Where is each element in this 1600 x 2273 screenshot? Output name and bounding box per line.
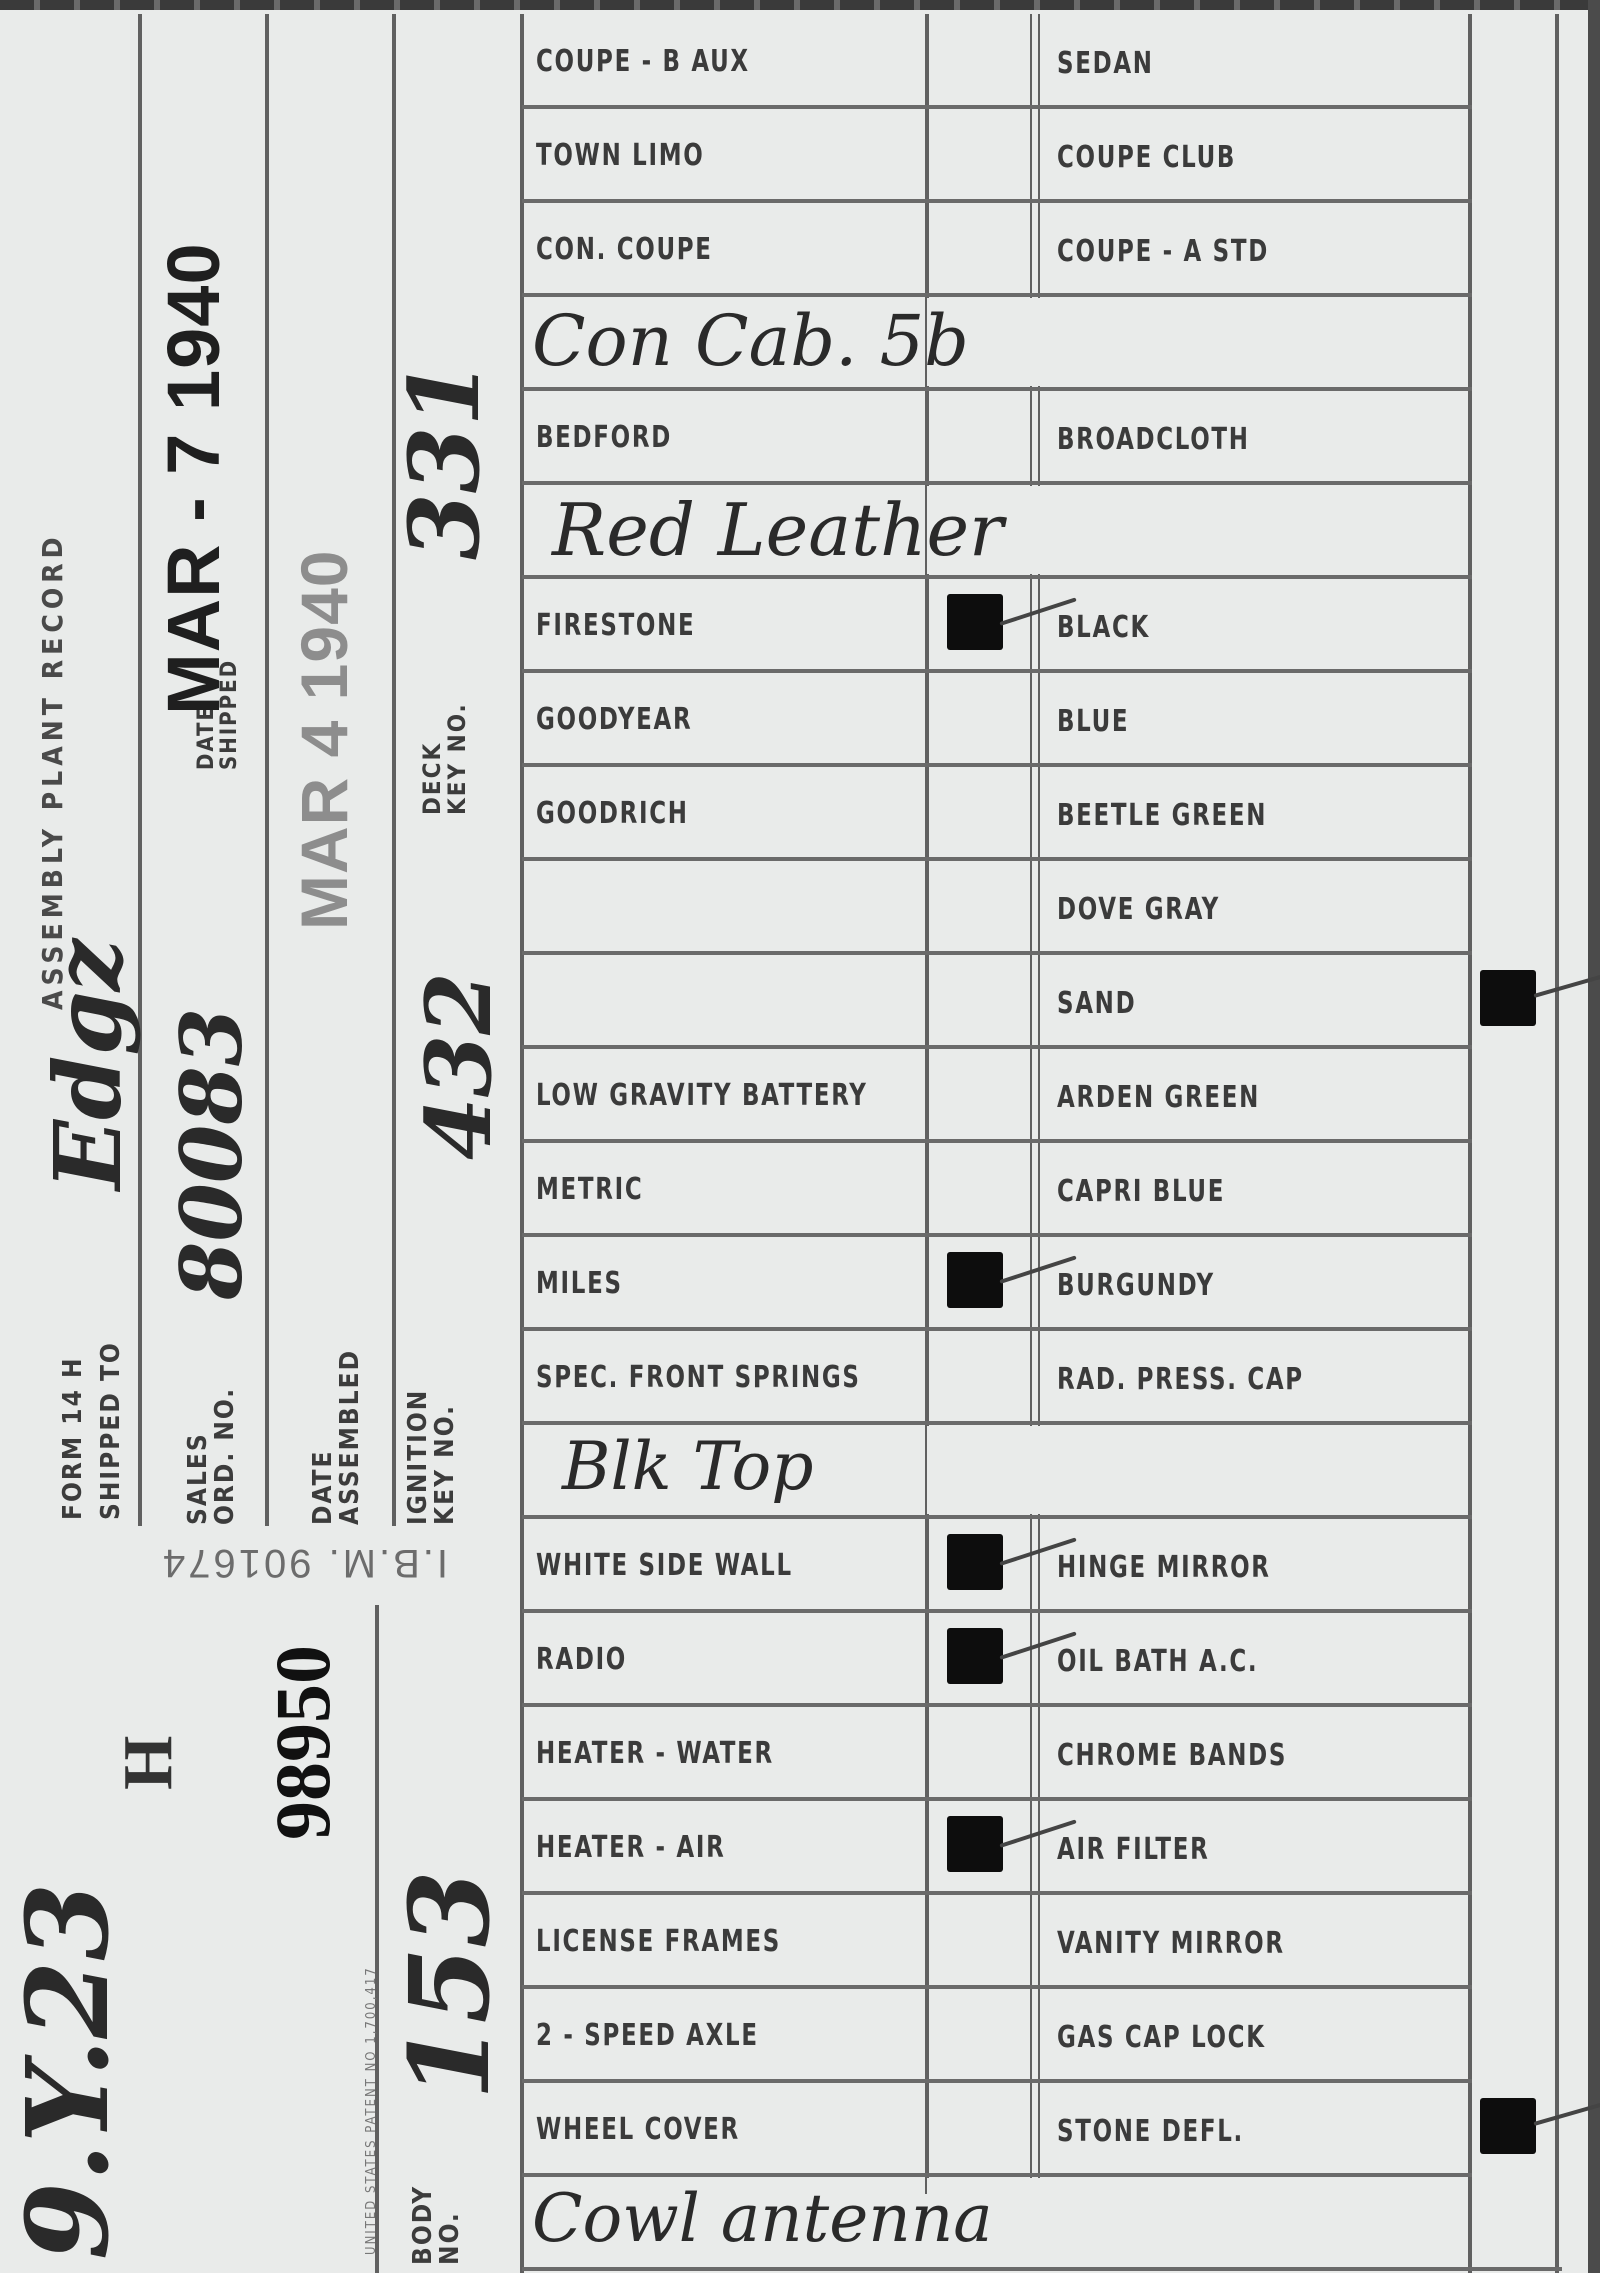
checkbox-left[interactable] [927,1992,1027,2078]
option-label-right: AIR FILTER [1057,1832,1210,1867]
ignition-key-value: 432 [412,972,507,1160]
stub-divider-3 [392,14,396,1526]
checkbox-left[interactable] [927,1052,1027,1138]
checkbox-right[interactable] [1470,1522,1556,1608]
option-label-left: 2 - SPEED AXLE [536,2018,759,2053]
handwritten-entry: Red Leather [552,488,1003,572]
checkbox-right[interactable] [1470,864,1556,950]
table-row: BEDFORDBROADCLOTH [522,390,1562,484]
checkbox-left[interactable] [927,864,1027,950]
table-row: FIRESTONEBLACK [522,578,1562,672]
option-label-right: DOVE GRAY [1057,892,1220,927]
checkbox-right[interactable] [1470,1710,1556,1796]
option-label-right: HINGE MIRROR [1057,1550,1271,1585]
card-top-edge [0,0,1600,10]
table-row: COUPE - B AUXSEDAN [522,14,1562,108]
deck-key-label: DECK KEY NO. [420,685,470,815]
checkbox-right[interactable] [1470,206,1556,292]
checkbox-right[interactable] [1470,1240,1556,1326]
handwritten-code: 9.Y.23 [10,1883,128,2260]
table-row: METRICCAPRI BLUE [522,1142,1562,1236]
checkbox-right[interactable] [1470,1616,1556,1702]
option-label-right: BEETLE GREEN [1057,798,1267,833]
body-no-value: 153 [392,1870,508,2100]
ignition-key-label: IGNITION KEY NO. [405,1345,460,1525]
row-span-mask [927,1426,1467,1514]
option-label-left: GOODRICH [536,796,689,831]
option-label-left: MILES [536,1266,623,1301]
option-label-left: COUPE - B AUX [536,44,750,79]
handwritten-entry: Cowl antenna [532,2180,993,2257]
table-row: LICENSE FRAMESVANITY MIRROR [522,1894,1562,1988]
checkbox-left[interactable] [927,676,1027,762]
option-label-left: TOWN LIMO [536,138,704,173]
date-assembled-label: DATE ASSEMBLED [310,1325,365,1525]
sales-order-value: 80083 [168,1008,256,1300]
option-label-right: BROADCLOTH [1057,422,1250,457]
checkbox-right[interactable] [1470,394,1556,480]
patent-notice: UNITED STATES PATENT NO 1,700,417 [365,1966,379,2255]
option-label-right: VANITY MIRROR [1057,1926,1285,1961]
marked-square-left [947,594,1003,650]
checkbox-right[interactable] [1470,770,1556,856]
checkbox-left[interactable] [927,112,1027,198]
checkbox-left[interactable] [927,1710,1027,1796]
checkbox-left[interactable] [927,1898,1027,1984]
deck-key-value: 331 [395,360,496,560]
checkbox-left[interactable] [927,206,1027,292]
option-label-right: COUPE - A STD [1057,234,1269,269]
checkbox-left[interactable] [927,394,1027,480]
handwritten-row: Red Leather [522,484,1562,578]
checkbox-right[interactable] [1470,1052,1556,1138]
option-label-right: COUPE CLUB [1057,140,1236,175]
table-row: HEATER - AIRAIR FILTER [522,1800,1562,1894]
table-row: GOODRICHBEETLE GREEN [522,766,1562,860]
serial-number: 98950 [262,1645,344,1840]
checkbox-left[interactable] [927,1334,1027,1420]
option-label-left: WHITE SIDE WALL [536,1548,793,1583]
table-row: HEATER - WATERCHROME BANDS [522,1706,1562,1800]
option-label-right: CAPRI BLUE [1057,1174,1225,1209]
checkbox-left[interactable] [927,18,1027,104]
table-row: SAND [522,954,1562,1048]
date-assembled-stamp: MAR 4 1940 [290,549,359,930]
marked-square-left [947,1816,1003,1872]
option-label-left: RADIO [536,1642,627,1677]
checkbox-right[interactable] [1470,1898,1556,1984]
checkbox-right[interactable] [1470,676,1556,762]
table-row: LOW GRAVITY BATTERYARDEN GREEN [522,1048,1562,1142]
form-number-label: FORM 14 H [60,1356,87,1520]
date-shipped-stamp: MAR - 7 1940 [155,242,233,715]
row-span-mask [927,486,1467,574]
handwritten-entry: Blk Top [562,1428,813,1505]
handwritten-row: Con Cab. 5b [522,296,1562,390]
handwritten-entry: Con Cab. 5b [532,300,969,382]
option-label-left: BEDFORD [536,420,672,455]
table-row: CON. COUPECOUPE - A STD [522,202,1562,296]
card-right-edge [1588,0,1600,2273]
marked-square-right [1480,970,1536,1026]
serial-prefix: H [112,1736,186,1790]
option-label-left: CON. COUPE [536,232,713,267]
table-row: WHITE SIDE WALLHINGE MIRROR [522,1518,1562,1612]
option-label-right: BLACK [1057,610,1150,645]
checkbox-right[interactable] [1470,1334,1556,1420]
checkbox-right[interactable] [1470,18,1556,104]
option-label-right: STONE DEFL. [1057,2114,1244,2149]
checkbox-right[interactable] [1470,1804,1556,1890]
checkbox-right[interactable] [1470,582,1556,668]
option-label-left: SPEC. FRONT SPRINGS [536,1360,861,1395]
stub-divider-2 [265,14,269,1526]
table-row: GOODYEARBLUE [522,672,1562,766]
option-label-right: BURGUNDY [1057,1268,1215,1303]
table-row: TOWN LIMOCOUPE CLUB [522,108,1562,202]
sales-order-label: SALES ORD. NO. [185,1355,240,1525]
marked-square-left [947,1252,1003,1308]
option-label-left: HEATER - AIR [536,1830,725,1865]
ibm-number: I.B.M. 901674 [160,1540,448,1585]
checkbox-right[interactable] [1470,1992,1556,2078]
table-row: WHEEL COVERSTONE DEFL. [522,2082,1562,2176]
checkbox-left[interactable] [927,958,1027,1044]
marked-square-right [1480,2098,1536,2154]
handwritten-row: Cowl antenna [522,2176,1562,2270]
option-label-right: GAS CAP LOCK [1057,2020,1266,2055]
option-label-left: METRIC [536,1172,643,1207]
marked-square-left [947,1534,1003,1590]
option-label-right: SEDAN [1057,46,1154,81]
checkbox-right[interactable] [1470,1146,1556,1232]
checkbox-left[interactable] [927,1146,1027,1232]
option-label-right: BLUE [1057,704,1129,739]
option-label-right: CHROME BANDS [1057,1738,1287,1773]
option-label-left: LOW GRAVITY BATTERY [536,1078,868,1113]
shipped-to-value: Edgz [40,939,137,1190]
option-label-right: SAND [1057,986,1136,1021]
table-row: DOVE GRAY [522,860,1562,954]
row-span-mask [927,2178,1467,2266]
checkbox-right[interactable] [1470,112,1556,198]
option-label-right: OIL BATH A.C. [1057,1644,1258,1679]
marked-square-left [947,1628,1003,1684]
row-span-mask [927,298,1467,386]
option-label-left: HEATER - WATER [536,1736,774,1771]
option-label-left: LICENSE FRAMES [536,1924,781,1959]
row-rule [522,2267,1562,2271]
table-row: 2 - SPEED AXLEGAS CAP LOCK [522,1988,1562,2082]
option-label-right: RAD. PRESS. CAP [1057,1362,1304,1397]
body-no-label: BODY NO. [410,2185,465,2265]
option-label-left: GOODYEAR [536,702,692,737]
table-row: MILESBURGUNDY [522,1236,1562,1330]
option-label-left: FIRESTONE [536,608,695,643]
option-label-right: ARDEN GREEN [1057,1080,1260,1115]
shipped-to-label: SHIPPED TO [98,1341,125,1520]
table-row: RADIOOIL BATH A.C. [522,1612,1562,1706]
table-row: SPEC. FRONT SPRINGSRAD. PRESS. CAP [522,1330,1562,1424]
option-label-left: WHEEL COVER [536,2112,740,2147]
checkbox-left[interactable] [927,770,1027,856]
checkbox-left[interactable] [927,2086,1027,2172]
handwritten-row: Blk Top [522,1424,1562,1518]
stub-divider-1 [138,14,142,1526]
